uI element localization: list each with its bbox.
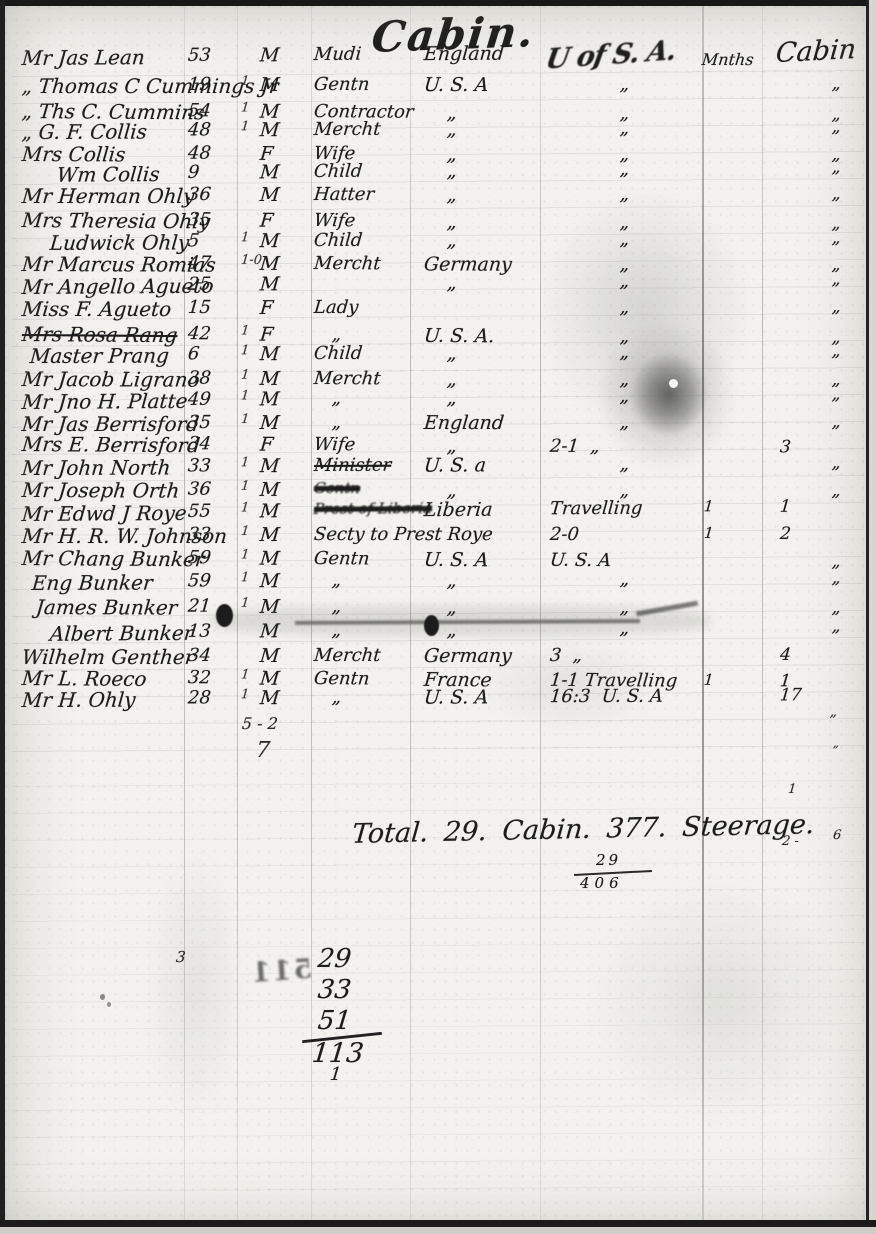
cell-tick: 1 bbox=[240, 343, 250, 358]
cell-sex: M bbox=[259, 119, 280, 141]
cell-tick: 1 bbox=[240, 524, 250, 539]
cell-cabin: „ bbox=[831, 598, 842, 618]
cell-tick: 1 bbox=[240, 479, 250, 494]
cell-sex: M bbox=[259, 687, 280, 709]
cell-sex: M bbox=[259, 74, 280, 96]
tally-carry: 1 bbox=[329, 1064, 343, 1085]
cell-occupation: Hatter bbox=[313, 184, 375, 205]
cell-name: Mr Edwd J Roye bbox=[21, 501, 188, 526]
cell-country: U. S. a bbox=[423, 454, 487, 476]
cell-name: Albert Bunker bbox=[49, 621, 194, 646]
cell-country: U. S. A bbox=[423, 549, 490, 571]
stray-mark: „ bbox=[829, 704, 838, 720]
cell-cabin: „ bbox=[831, 384, 841, 404]
cell-remarks: „ bbox=[619, 229, 630, 250]
cell-sex: M bbox=[259, 570, 280, 592]
cell-remarks: „ bbox=[619, 74, 630, 95]
cell-country: England bbox=[423, 43, 505, 66]
cell-remarks: „ bbox=[619, 159, 630, 180]
cell-name: Mr Jno H. Platte bbox=[21, 389, 188, 414]
cell-occupation: „ bbox=[331, 687, 342, 708]
cell-country: „ bbox=[446, 184, 458, 206]
cell-tick: 1 bbox=[240, 668, 250, 683]
cell-name: Eng Bunker bbox=[31, 571, 154, 595]
cell-name: Master Prang bbox=[29, 343, 170, 367]
scan-edge-right bbox=[869, 0, 876, 1234]
cell-country: „ bbox=[446, 229, 458, 251]
cell-occupation: „ bbox=[331, 412, 342, 433]
tally-entry: 29 bbox=[316, 944, 352, 974]
cell-cabin: 1 bbox=[779, 497, 791, 517]
scan-border-top bbox=[0, 0, 876, 6]
cell-sex: M bbox=[259, 412, 280, 434]
cell-tick: 1 bbox=[240, 455, 250, 470]
cell-age: 34 bbox=[187, 645, 212, 666]
cell-sex: M bbox=[259, 230, 280, 252]
cell-age: 9 bbox=[187, 162, 200, 183]
cell-occupation: Wife bbox=[313, 434, 356, 455]
cell-remarks: „ bbox=[619, 412, 630, 433]
sum-addend: 29 bbox=[596, 851, 621, 869]
cell-age: 42 bbox=[187, 323, 212, 344]
cell-age: 25 bbox=[187, 274, 212, 295]
cell-tick: 1 bbox=[240, 368, 250, 383]
cell-country: Liberia bbox=[423, 499, 493, 521]
cell-age: 54 bbox=[187, 100, 212, 121]
cell-cabin: „ bbox=[831, 341, 841, 361]
cell-sex: M bbox=[259, 253, 280, 275]
cell-occupation: Mudi bbox=[313, 44, 362, 65]
cell-cabin: „ bbox=[831, 297, 842, 317]
tally-entry: 33 bbox=[316, 975, 352, 1005]
cell-name: Mrs E. Berrisford bbox=[21, 432, 201, 457]
cell-sex: M bbox=[259, 479, 280, 501]
cell-occupation: „ bbox=[331, 570, 342, 591]
cell-occupation: Child bbox=[313, 161, 363, 182]
cell-occupation: Mercht bbox=[313, 645, 381, 666]
cell-tick: 1 bbox=[240, 324, 250, 339]
cell-country: „ bbox=[446, 387, 458, 409]
cell-remarks: „ bbox=[619, 597, 630, 618]
cell-country: U. S. A bbox=[423, 74, 489, 96]
cell-occupation: Minister bbox=[313, 455, 392, 476]
cell-name: Mr H. Ohly bbox=[21, 688, 137, 712]
cell-age: 15 bbox=[187, 297, 212, 318]
scan-edge-bottom bbox=[0, 1227, 876, 1234]
stray-mark: „ bbox=[832, 736, 839, 750]
stain bbox=[148, 850, 243, 1120]
cell-name: Mr John North bbox=[21, 455, 172, 480]
cell-country: Germany bbox=[423, 645, 513, 667]
cell-age: 59 bbox=[187, 547, 212, 568]
cell-remarks: „ bbox=[619, 618, 630, 639]
sum-result: 406 bbox=[580, 874, 624, 892]
manifest-row: Mr H. Ohly281M„U. S. A16:3 U. S. A17 bbox=[0, 685, 876, 718]
cell-country: U. S. A bbox=[423, 686, 489, 708]
cell-cabin: 2 bbox=[779, 524, 792, 544]
cell-age: 36 bbox=[187, 479, 212, 500]
cell-remarks: „ bbox=[619, 569, 630, 590]
cell-age: 35 bbox=[187, 412, 212, 433]
cell-country: „ bbox=[446, 118, 458, 140]
stray-mark: 1 bbox=[787, 782, 797, 797]
cell-tick: 1 bbox=[240, 500, 249, 515]
cell-name: Mr Chang Bunker bbox=[21, 546, 206, 571]
cell-tick: 1 bbox=[240, 596, 250, 611]
stray-mark: 3 bbox=[175, 948, 186, 966]
cell-sex: F bbox=[259, 210, 274, 232]
scanned-manifest-page: Cabin. U of S. A. Mnths Cabin Mr Jas Lea… bbox=[0, 0, 876, 1234]
cell-occupation: Gentn bbox=[313, 74, 370, 95]
cell-occupation: Wife bbox=[313, 210, 356, 231]
cell-tick: 1 bbox=[240, 687, 250, 702]
cell-age: 49 bbox=[187, 389, 212, 410]
cell-remarks: „ bbox=[619, 118, 630, 139]
manifest-row: Mr Jas Lean53MMudiEngland bbox=[0, 40, 876, 76]
cell-occupation: Gentn bbox=[313, 548, 370, 569]
cell-sex: M bbox=[259, 343, 280, 365]
cell-sex: M bbox=[259, 184, 280, 206]
cell-remarks: „ bbox=[619, 271, 630, 292]
cell-tick: 1 bbox=[240, 412, 250, 427]
cell-cabin: „ bbox=[831, 117, 841, 137]
cell-sex: F bbox=[259, 297, 274, 319]
cell-remarks: 3 „ bbox=[549, 645, 583, 666]
cell-age: 53 bbox=[187, 45, 212, 66]
cell-sex: M bbox=[259, 524, 280, 546]
cell-cabin: „ bbox=[831, 453, 841, 473]
cell-remarks: „ bbox=[619, 297, 630, 318]
cell-age: 55 bbox=[187, 501, 212, 522]
stray-mark: 5 - 2 bbox=[241, 714, 279, 733]
cell-age: 48 bbox=[187, 143, 212, 164]
cell-sex: M bbox=[259, 161, 280, 183]
cell-country: „ bbox=[446, 569, 458, 591]
cell-sex: M bbox=[259, 273, 280, 295]
cell-occupation: Mercht bbox=[313, 253, 382, 274]
cell-remarks: „ bbox=[619, 454, 630, 475]
scan-border-left bbox=[0, 0, 5, 1234]
cell-sex: M bbox=[259, 620, 280, 642]
cell-age: 38 bbox=[187, 368, 212, 389]
cell-name: Miss F. Agueto bbox=[21, 297, 172, 321]
cell-cabin: „ bbox=[831, 269, 841, 289]
cell-tick: 1 bbox=[240, 119, 250, 134]
cell-name: James Bunker bbox=[35, 595, 179, 619]
cell-remarks: U. S. A bbox=[549, 550, 612, 571]
stray-mark: 7 bbox=[255, 738, 271, 763]
cell-cabin: „ bbox=[831, 74, 842, 94]
ink-bleed-through: 511 bbox=[249, 954, 313, 989]
cell-age: 28 bbox=[187, 687, 212, 708]
cell-tick: 1 bbox=[240, 230, 250, 245]
cell-country: „ bbox=[446, 619, 458, 641]
cell-cabin: „ bbox=[831, 184, 842, 204]
cell-country: England bbox=[423, 412, 505, 434]
cell-remarks: „ bbox=[619, 184, 630, 205]
cell-age: 33 bbox=[187, 524, 212, 545]
cell-sex: M bbox=[259, 44, 280, 66]
cell-age: 6 bbox=[187, 343, 200, 364]
cell-cabin: 17 bbox=[779, 685, 802, 705]
cell-occupation: Child bbox=[313, 230, 363, 251]
cell-remarks: 16:3 U. S. A bbox=[549, 686, 664, 707]
cell-occupation: Mercht bbox=[313, 368, 382, 389]
cell-age: 59 bbox=[187, 570, 212, 591]
cell-name: Mr Herman Ohly bbox=[21, 184, 195, 208]
tally-entry: 51 bbox=[316, 1006, 352, 1036]
cell-occupation: Secty to Prest Roye bbox=[313, 524, 494, 545]
cell-cabin: „ bbox=[831, 412, 842, 432]
cell-cabin: „ bbox=[831, 568, 841, 588]
cell-age: 21 bbox=[187, 596, 212, 617]
cell-age: 5 bbox=[187, 230, 200, 251]
cell-age: 47 bbox=[187, 253, 212, 274]
cell-sex: M bbox=[259, 388, 280, 410]
cell-name: Mr Jas Lean bbox=[21, 45, 146, 70]
cell-tick: 1 bbox=[240, 74, 250, 89]
cell-country: „ bbox=[446, 342, 458, 364]
cell-occupation: „ bbox=[331, 596, 342, 617]
cell-months: 1 bbox=[703, 497, 714, 515]
cell-occupation: Child bbox=[313, 343, 363, 364]
cell-remarks: „ bbox=[619, 386, 630, 407]
cell-age: 13 bbox=[187, 621, 212, 642]
cell-occupation: Lady bbox=[313, 297, 359, 318]
stain bbox=[590, 880, 850, 1120]
cell-age: 33 bbox=[187, 455, 212, 476]
stray-mark: 2 - bbox=[781, 834, 799, 849]
cell-cabin: 4 bbox=[779, 645, 792, 665]
cell-remarks: „ bbox=[619, 342, 630, 363]
cell-tick: 1 bbox=[240, 548, 250, 563]
cell-occupation: „ bbox=[331, 388, 342, 409]
cell-tick: 1 bbox=[240, 101, 250, 116]
cell-occupation: „ bbox=[331, 620, 342, 641]
cell-tick: 1 bbox=[240, 388, 249, 403]
cell-country: „ bbox=[446, 596, 458, 618]
cell-sex: M bbox=[259, 645, 280, 667]
ink-speck bbox=[100, 994, 105, 1000]
cell-country: „ bbox=[446, 272, 458, 294]
cell-country: „ bbox=[446, 160, 458, 182]
cell-remarks: Travelling bbox=[549, 498, 643, 520]
stray-mark: 6 bbox=[832, 828, 842, 843]
cell-remarks: 2-0 bbox=[549, 524, 580, 545]
cell-age: 19 bbox=[187, 74, 212, 95]
cell-occupation: Mercht bbox=[313, 119, 381, 140]
cell-sex: M bbox=[259, 368, 280, 390]
cell-sex: M bbox=[259, 596, 280, 618]
cell-age: 36 bbox=[187, 184, 212, 205]
cell-cabin: „ bbox=[831, 616, 841, 636]
cell-cabin: „ bbox=[831, 157, 841, 177]
cell-age: 35 bbox=[187, 209, 212, 230]
cell-sex: M bbox=[259, 455, 280, 477]
cell-occupation: Prest of Liberia bbox=[313, 499, 433, 518]
cell-sex: M bbox=[259, 548, 281, 570]
cell-name: Mr Joseph Orth bbox=[21, 478, 181, 503]
cell-name: Mr Angello Agueto bbox=[21, 274, 215, 299]
cell-sex: M bbox=[259, 500, 280, 522]
cell-cabin: „ bbox=[831, 228, 841, 248]
cell-months: 1 bbox=[703, 524, 714, 542]
cell-tick: 1 bbox=[240, 570, 250, 585]
ink-speck bbox=[107, 1002, 111, 1007]
cell-age: 34 bbox=[187, 433, 212, 454]
scan-border-bottom bbox=[0, 1220, 876, 1227]
cell-occupation: Gentn bbox=[313, 479, 361, 497]
cell-name: „ G. F. Collis bbox=[21, 120, 148, 144]
cell-age: 32 bbox=[187, 667, 212, 688]
cell-age: 48 bbox=[187, 119, 212, 140]
cell-sex: F bbox=[259, 434, 274, 456]
